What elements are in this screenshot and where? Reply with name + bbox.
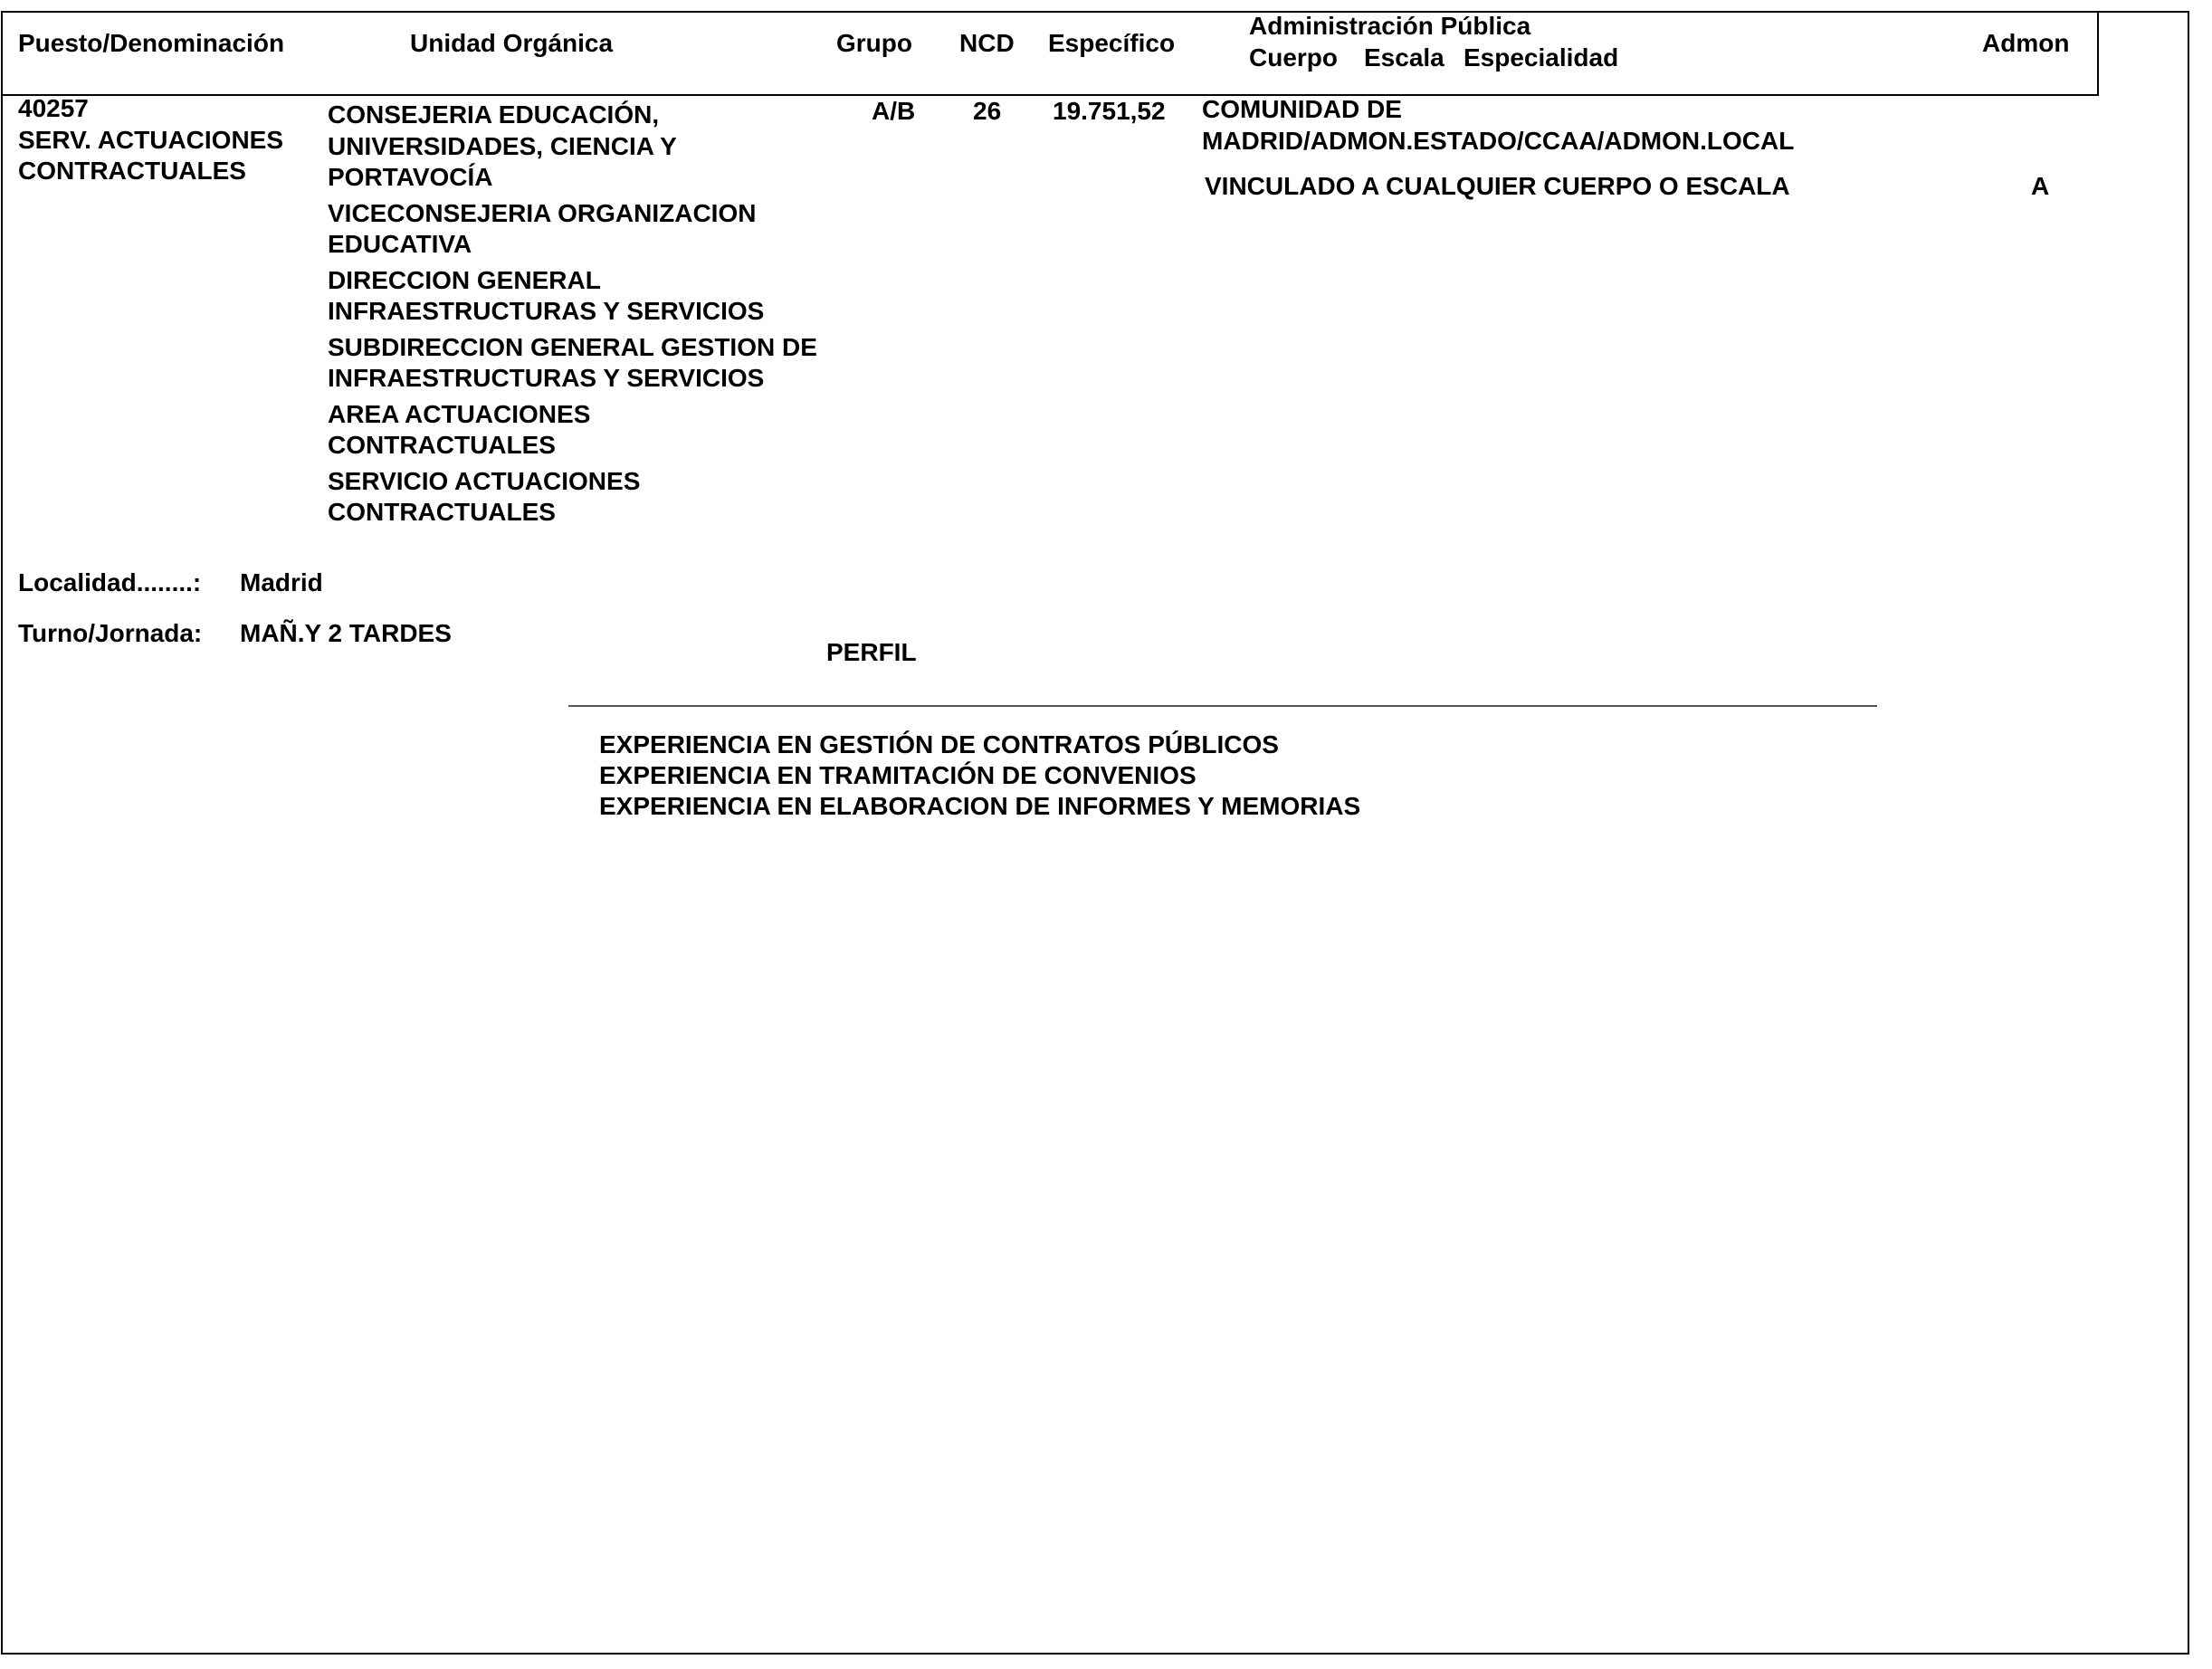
puesto-nombre-line: CONTRACTUALES — [18, 156, 283, 187]
unidad-organica-line: AREA ACTUACIONES — [328, 399, 817, 431]
perfil-title: PERFIL — [826, 637, 917, 668]
unidad-organica-line: CONTRACTUALES — [328, 430, 817, 462]
especifico-value: 19.751,52 — [1053, 96, 1166, 127]
unidad-organica-line: DIRECCION GENERAL — [328, 265, 817, 297]
unidad-organica-line: EDUCATIVA — [328, 229, 817, 261]
header-ncd: NCD — [959, 28, 1015, 59]
administracion-line: MADRID/ADMON.ESTADO/CCAA/ADMON.LOCAL — [1202, 126, 1794, 157]
unidad-organica-line: UNIVERSIDADES, CIENCIA Y — [328, 131, 817, 163]
unidad-organica-line: CONSEJERIA EDUCACIÓN, — [328, 100, 817, 131]
ncd-value: 26 — [973, 96, 1001, 127]
header-cuerpo: Cuerpo — [1249, 43, 1338, 73]
header-escala: Escala — [1364, 43, 1444, 73]
unidad-organica-line: VICECONSEJERIA ORGANIZACION — [328, 198, 817, 230]
header-especifico: Específico — [1048, 28, 1175, 59]
puesto-cell: 40257 SERV. ACTUACIONES CONTRACTUALES — [18, 93, 283, 187]
unidad-organica-group: SERVICIO ACTUACIONESCONTRACTUALES — [328, 466, 817, 529]
localidad-label: Localidad........: — [18, 567, 201, 598]
admon-value: A — [2031, 171, 2049, 202]
turno-label: Turno/Jornada: — [18, 618, 202, 649]
administracion-publica-cell: COMUNIDAD DE MADRID/ADMON.ESTADO/CCAA/AD… — [1202, 94, 1794, 157]
localidad-value: Madrid — [240, 567, 323, 598]
puesto-codigo: 40257 — [18, 93, 283, 125]
perfil-item: EXPERIENCIA EN TRAMITACIÓN DE CONVENIOS — [599, 760, 1360, 791]
perfil-item: EXPERIENCIA EN GESTIÓN DE CONTRATOS PÚBL… — [599, 730, 1360, 760]
perfil-item: EXPERIENCIA EN ELABORACION DE INFORMES Y… — [599, 791, 1360, 822]
unidad-organica-group: AREA ACTUACIONESCONTRACTUALES — [328, 399, 817, 462]
unidad-organica-group: DIRECCION GENERALINFRAESTRUCTURAS Y SERV… — [328, 265, 817, 328]
header-especialidad: Especialidad — [1464, 43, 1618, 73]
unidad-organica-line: SUBDIRECCION GENERAL GESTION DE — [328, 332, 817, 364]
unidad-organica-line: SERVICIO ACTUACIONES — [328, 466, 817, 498]
unidad-organica-line: CONTRACTUALES — [328, 497, 817, 529]
perfil-list: EXPERIENCIA EN GESTIÓN DE CONTRATOS PÚBL… — [599, 730, 1360, 822]
perfil-divider — [568, 705, 1877, 707]
unidad-organica-line: INFRAESTRUCTURAS Y SERVICIOS — [328, 296, 817, 328]
unidad-organica-cell: CONSEJERIA EDUCACIÓN,UNIVERSIDADES, CIEN… — [328, 100, 817, 533]
header-grupo: Grupo — [836, 28, 912, 59]
header-unidad-organica: Unidad Orgánica — [410, 28, 613, 59]
turno-value: MAÑ.Y 2 TARDES — [240, 618, 452, 649]
unidad-organica-line: PORTAVOCÍA — [328, 162, 817, 194]
unidad-organica-group: CONSEJERIA EDUCACIÓN,UNIVERSIDADES, CIEN… — [328, 100, 817, 194]
header-admon: Admon — [1982, 28, 2069, 59]
cuerpo-escala-value: VINCULADO A CUALQUIER CUERPO O ESCALA — [1205, 171, 1790, 202]
puesto-nombre-line: SERV. ACTUACIONES — [18, 125, 283, 157]
unidad-organica-line: INFRAESTRUCTURAS Y SERVICIOS — [328, 363, 817, 395]
unidad-organica-group: SUBDIRECCION GENERAL GESTION DEINFRAESTR… — [328, 332, 817, 395]
unidad-organica-group: VICECONSEJERIA ORGANIZACIONEDUCATIVA — [328, 198, 817, 261]
header-puesto: Puesto/Denominación — [18, 28, 284, 59]
header-administracion-publica: Administración Pública — [1249, 11, 1530, 42]
administracion-line: COMUNIDAD DE — [1202, 94, 1794, 126]
grupo-value: A/B — [872, 96, 915, 127]
